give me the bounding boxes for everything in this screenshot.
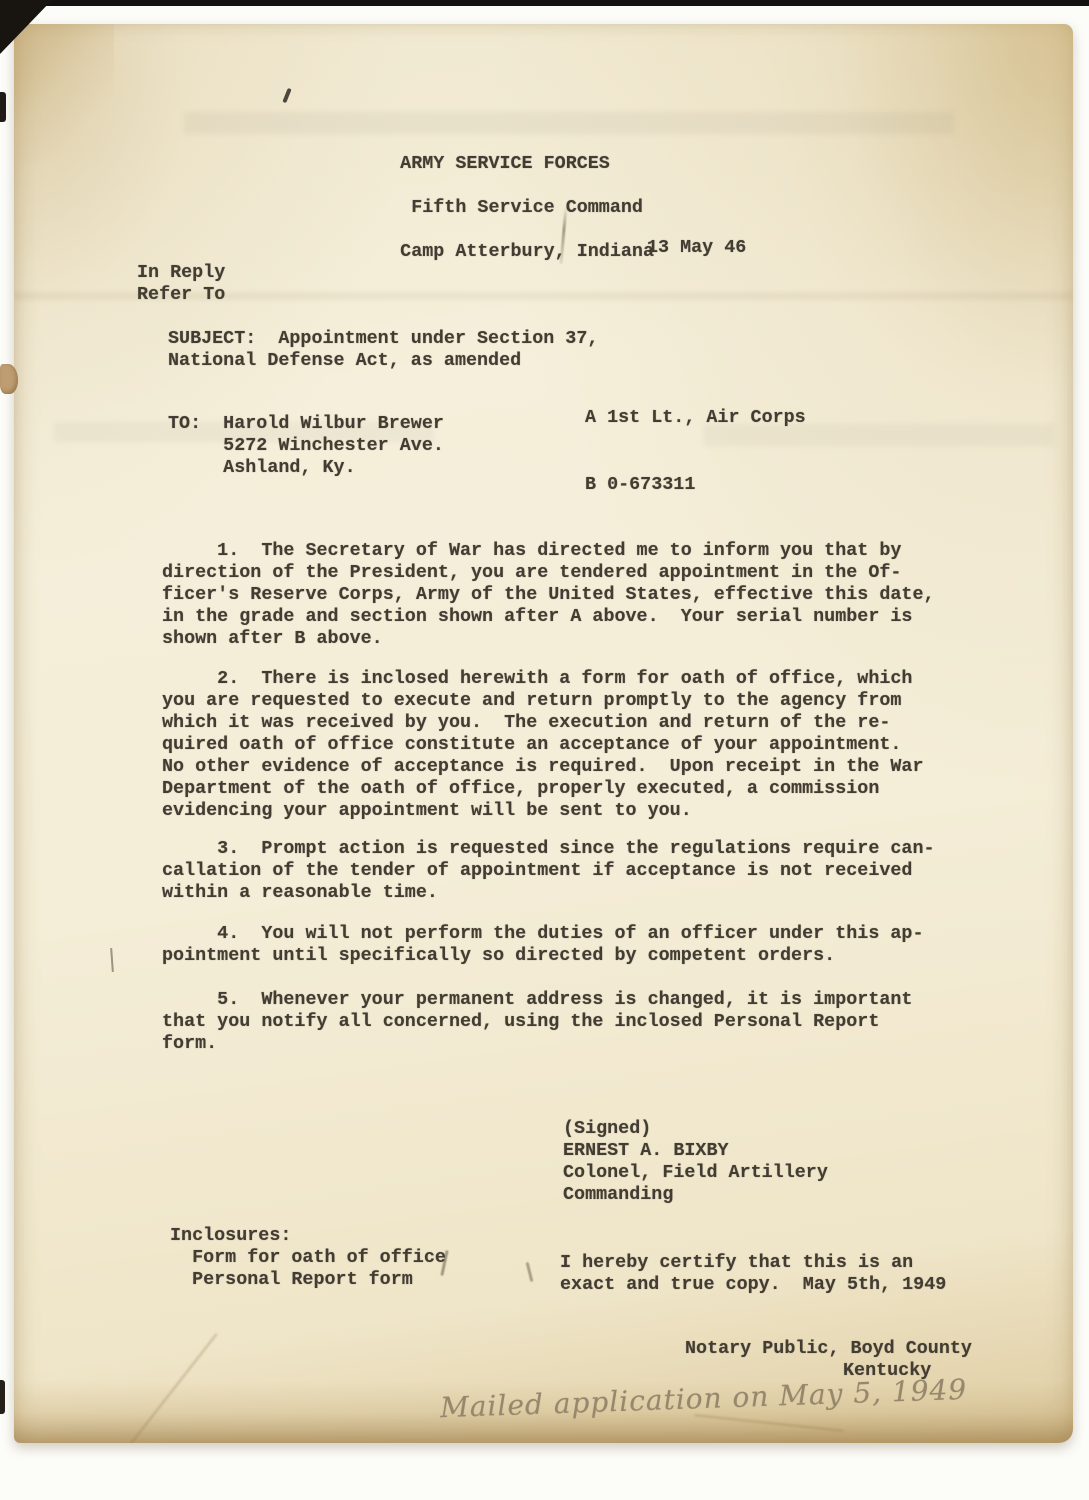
reply-reference-block: In Reply Refer To — [137, 262, 225, 306]
scan-edge-mark — [0, 1380, 5, 1414]
paper-wear-top-left — [14, 24, 114, 164]
letter-page: ARMY SERVICE FORCES Fifth Service Comman… — [14, 24, 1073, 1443]
ink-speck — [282, 88, 291, 103]
paper-torn-chip — [0, 364, 18, 394]
body-paragraph-4: 4. You will not perform the duties of an… — [162, 923, 924, 967]
grade-line: A 1st Lt., Air Corps — [585, 407, 806, 429]
serial-number-line: B 0-673311 — [585, 474, 695, 496]
body-paragraph-5: 5. Whenever your permanent address is ch… — [162, 989, 912, 1055]
body-paragraph-2: 2. There is inclosed herewith a form for… — [162, 668, 924, 822]
scanned-letter-image: { "document": { "letterhead": { "line1":… — [0, 0, 1089, 1500]
letterhead-line1: ARMY SERVICE FORCES — [400, 153, 610, 174]
recipient-address-block: TO: Harold Wilbur Brewer 5272 Winchester… — [168, 413, 444, 479]
notary-line: Notary Public, Boyd County — [685, 1338, 972, 1360]
paper-wear-top-right — [843, 24, 1073, 384]
ink-speck — [110, 948, 114, 972]
pencil-stroke — [526, 1262, 534, 1282]
certification-block: I hereby certify that this is an exact a… — [560, 1252, 946, 1296]
signature-block: (Signed) ERNEST A. BIXBY Colonel, Field … — [563, 1118, 828, 1206]
scan-edge-mark — [0, 92, 6, 122]
letterhead: ARMY SERVICE FORCES Fifth Service Comman… — [356, 153, 654, 263]
ink-bleedthrough — [184, 112, 954, 134]
subject-block: SUBJECT: Appointment under Section 37, N… — [168, 328, 598, 372]
letterhead-line2: Fifth Service Command — [411, 197, 643, 218]
scan-edge-strip — [0, 0, 1089, 6]
inclosures-block: Inclosures: Form for oath of office Pers… — [170, 1225, 446, 1291]
letterhead-line3: Camp Atterbury, Indiana — [400, 241, 654, 262]
body-paragraph-1: 1. The Secretary of War has directed me … — [162, 540, 935, 650]
date-line: 13 May 46 — [647, 237, 746, 259]
body-paragraph-3: 3. Prompt action is requested since the … — [162, 838, 935, 904]
